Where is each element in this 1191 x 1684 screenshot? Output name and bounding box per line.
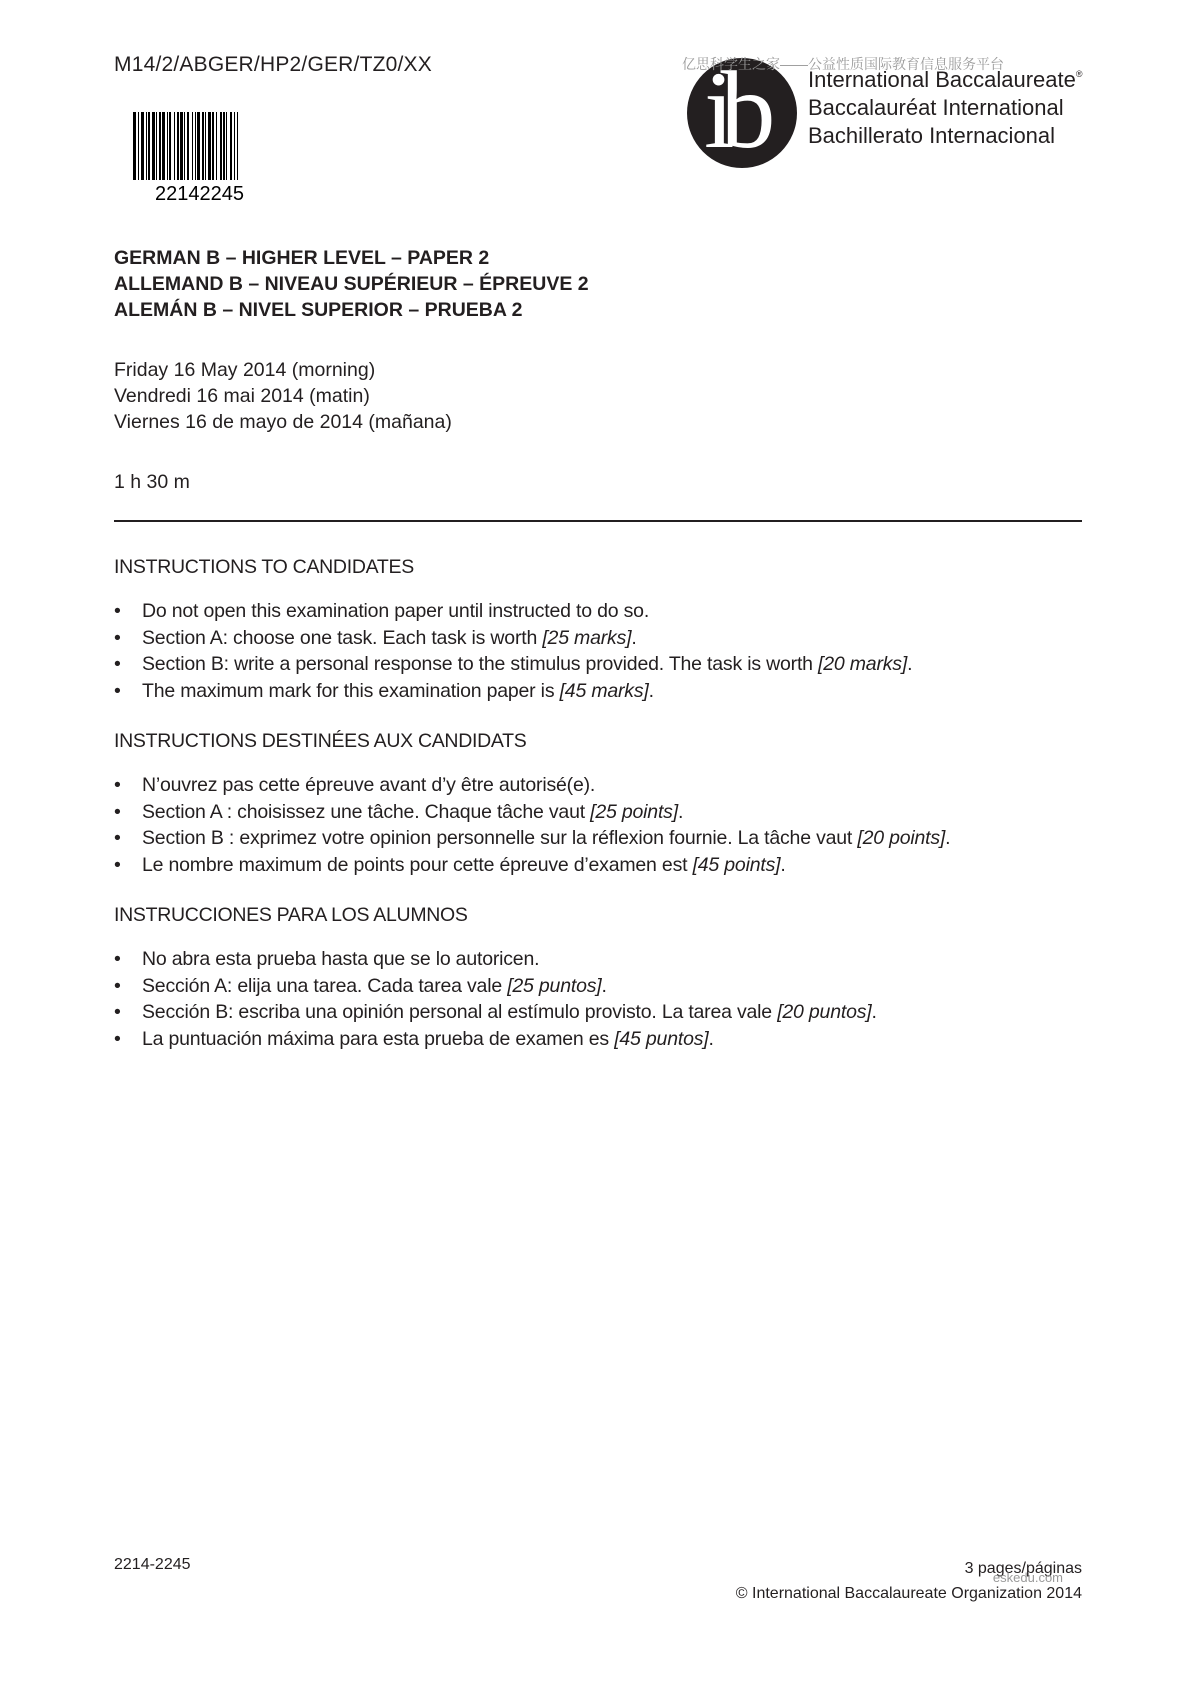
instructions-list: No abra esta prueba hasta que se lo auto… [114,946,877,1052]
registered-mark: ® [1076,69,1083,79]
footer-watermark: eskedu.com [993,1570,1063,1585]
instruction-text: No abra esta prueba hasta que se lo auto… [142,948,539,970]
instruction-text: Le nombre maximum de points pour cette é… [142,854,693,876]
instructions-heading: INSTRUCCIONES PARA LOS ALUMNOS [114,904,468,927]
instruction-end: . [649,680,654,702]
paper-code: M14/2/ABGER/HP2/GER/TZ0/XX [114,53,432,77]
instruction-item: Sección B: escriba una opinión personal … [114,999,877,1026]
marks-value: [45 puntos] [614,1028,708,1050]
instruction-item: Do not open this examination paper until… [114,598,912,625]
title-es: ALEMÁN B – NIVEL SUPERIOR – PRUEBA 2 [114,297,589,323]
ib-logo-text: International Baccalaureate® Baccalauréa… [808,66,1083,150]
instruction-text: Sección A: elija una tarea. Cada tarea v… [142,975,507,997]
instruction-end: . [708,1028,713,1050]
instruction-item: N’ouvrez pas cette épreuve avant d’y êtr… [114,772,950,799]
instruction-text: Section A : choisissez une tâche. Chaque… [142,801,590,823]
instruction-item: Section A : choisissez une tâche. Chaque… [114,799,950,826]
marks-value: [25 marks] [542,627,631,649]
logo-line-fr: Baccalauréat International [808,94,1083,122]
instruction-item: Section B : exprimez votre opinion perso… [114,825,950,852]
instruction-end: . [678,801,683,823]
instructions-heading: INSTRUCTIONS TO CANDIDATES [114,556,414,579]
date-en: Friday 16 May 2014 (morning) [114,357,452,383]
instruction-item: The maximum mark for this examination pa… [114,678,912,705]
instructions-list: N’ouvrez pas cette épreuve avant d’y êtr… [114,772,950,878]
instruction-item: Section B: write a personal response to … [114,651,912,678]
instruction-end: . [780,854,785,876]
instructions-heading: INSTRUCTIONS DESTINÉES AUX CANDIDATS [114,730,526,753]
marks-value: [20 puntos] [777,1001,871,1023]
instruction-end: . [631,627,636,649]
instruction-end: . [907,653,912,675]
instruction-item: Sección A: elija una tarea. Cada tarea v… [114,973,877,1000]
instruction-end: . [601,975,606,997]
marks-value: [20 points] [857,827,945,849]
marks-value: [20 marks] [818,653,907,675]
logo-line-en: International Baccalaureate [808,67,1076,92]
marks-value: [25 puntos] [507,975,601,997]
instruction-text: Do not open this examination paper until… [142,600,649,622]
barcode-number: 22142245 [155,183,244,206]
marks-value: [45 marks] [560,680,649,702]
divider [114,520,1082,522]
instruction-text: Section B : exprimez votre opinion perso… [142,827,857,849]
instruction-text: The maximum mark for this examination pa… [142,680,560,702]
instructions-list: Do not open this examination paper until… [114,598,912,704]
logo-line-es: Bachillerato Internacional [808,122,1083,150]
title-fr: ALLEMAND B – NIVEAU SUPÉRIEUR – ÉPREUVE … [114,271,589,297]
instruction-item: La puntuación máxima para esta prueba de… [114,1026,877,1053]
exam-dates: Friday 16 May 2014 (morning) Vendredi 16… [114,357,452,435]
instruction-text: Section B: write a personal response to … [142,653,818,675]
exam-titles: GERMAN B – HIGHER LEVEL – PAPER 2 ALLEMA… [114,245,589,323]
instruction-item: Le nombre maximum de points pour cette é… [114,852,950,879]
title-en: GERMAN B – HIGHER LEVEL – PAPER 2 [114,245,589,271]
instruction-text: Sección B: escriba una opinión personal … [142,1001,777,1023]
barcode [133,112,316,180]
instruction-text: La puntuación máxima para esta prueba de… [142,1028,614,1050]
footer-code: 2214-2245 [114,1556,191,1574]
instruction-item: Section A: choose one task. Each task is… [114,625,912,652]
instruction-text: N’ouvrez pas cette épreuve avant d’y êtr… [142,774,595,796]
marks-value: [45 points] [693,854,781,876]
date-fr: Vendredi 16 mai 2014 (matin) [114,383,452,409]
exam-duration: 1 h 30 m [114,471,190,494]
date-es: Viernes 16 de mayo de 2014 (mañana) [114,409,452,435]
instruction-text: Section A: choose one task. Each task is… [142,627,542,649]
instruction-end: . [945,827,950,849]
marks-value: [25 points] [590,801,678,823]
instruction-item: No abra esta prueba hasta que se lo auto… [114,946,877,973]
instruction-end: . [871,1001,876,1023]
